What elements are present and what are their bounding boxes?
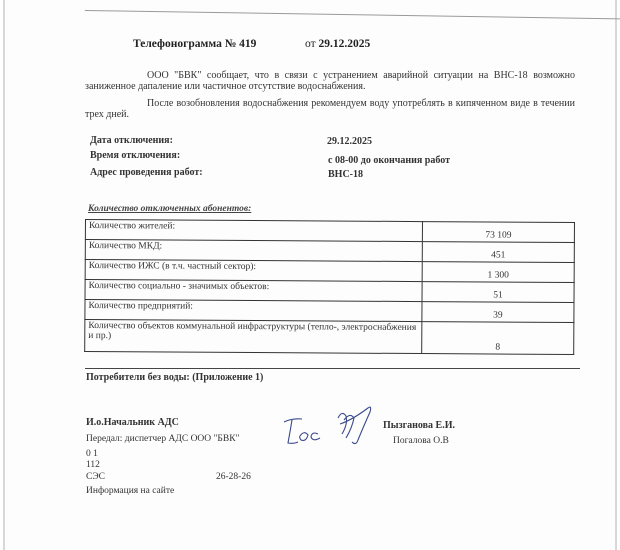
row-value: 1 300 (422, 262, 574, 283)
contact-01: 0 1 (86, 449, 98, 459)
row-label: Количество объектов коммунальной инфраст… (85, 320, 422, 354)
row-label: Количество жителей: (85, 220, 422, 242)
transmitted-by: Передал: диспетчер АДС ООО "БВК" (86, 434, 239, 444)
table-row: Количество объектов коммунальной инфраст… (85, 320, 574, 355)
row-value: 451 (422, 242, 574, 263)
ses-label: СЭС (86, 472, 105, 482)
divider (85, 368, 580, 369)
row-value: 8 (422, 322, 574, 355)
signer-1: Пызганова Е.И. (383, 420, 455, 431)
document-date: от 29.12.2025 (305, 38, 370, 50)
field-label-time: Время отключения: (90, 150, 180, 161)
paragraph-recommendation: После возобновления водоснабжения рекоме… (85, 98, 575, 120)
field-label-date: Дата отключения: (90, 135, 173, 146)
field-value-address: ВНС-18 (328, 169, 363, 180)
site-info: Информация на сайте (86, 486, 174, 496)
signer-2: Погалова О.В (393, 436, 449, 446)
table-caption: Количество отключенных абонентов: (88, 204, 251, 214)
ses-phone: 26-28-26 (216, 472, 251, 482)
field-value-date: 29.12.2025 (327, 136, 372, 147)
field-value-time: с 08-00 до окончания работ (328, 155, 450, 166)
date-prefix: от (305, 38, 316, 50)
row-label: Количество социально - значимых объектов… (85, 280, 422, 302)
date-value: 29.12.2025 (319, 38, 371, 50)
page-edge (85, 0, 620, 19)
subscribers-table: Количество жителей:73 109Количество МКД:… (84, 219, 575, 355)
row-label: Количество МКД: (85, 240, 422, 262)
row-value: 51 (422, 282, 574, 303)
row-label: Количество предприятий: (85, 300, 422, 322)
contact-112: 112 (86, 460, 100, 470)
paragraph-notice: ООО "БВК" сообщает, что в связи с устран… (85, 70, 575, 92)
row-value: 39 (422, 302, 574, 323)
row-value: 73 109 (422, 222, 574, 243)
handwritten-signature (280, 400, 380, 450)
position-title: И.о.Начальник АДС (86, 417, 179, 428)
document-title: Телефонограмма № 419 (133, 38, 256, 50)
row-label: Количество ИЖС (в т.ч. частный сектор): (85, 260, 422, 282)
consumers-note: Потребители без воды: (Приложение 1) (86, 372, 263, 383)
field-label-address: Адрес проведения работ: (90, 167, 203, 178)
